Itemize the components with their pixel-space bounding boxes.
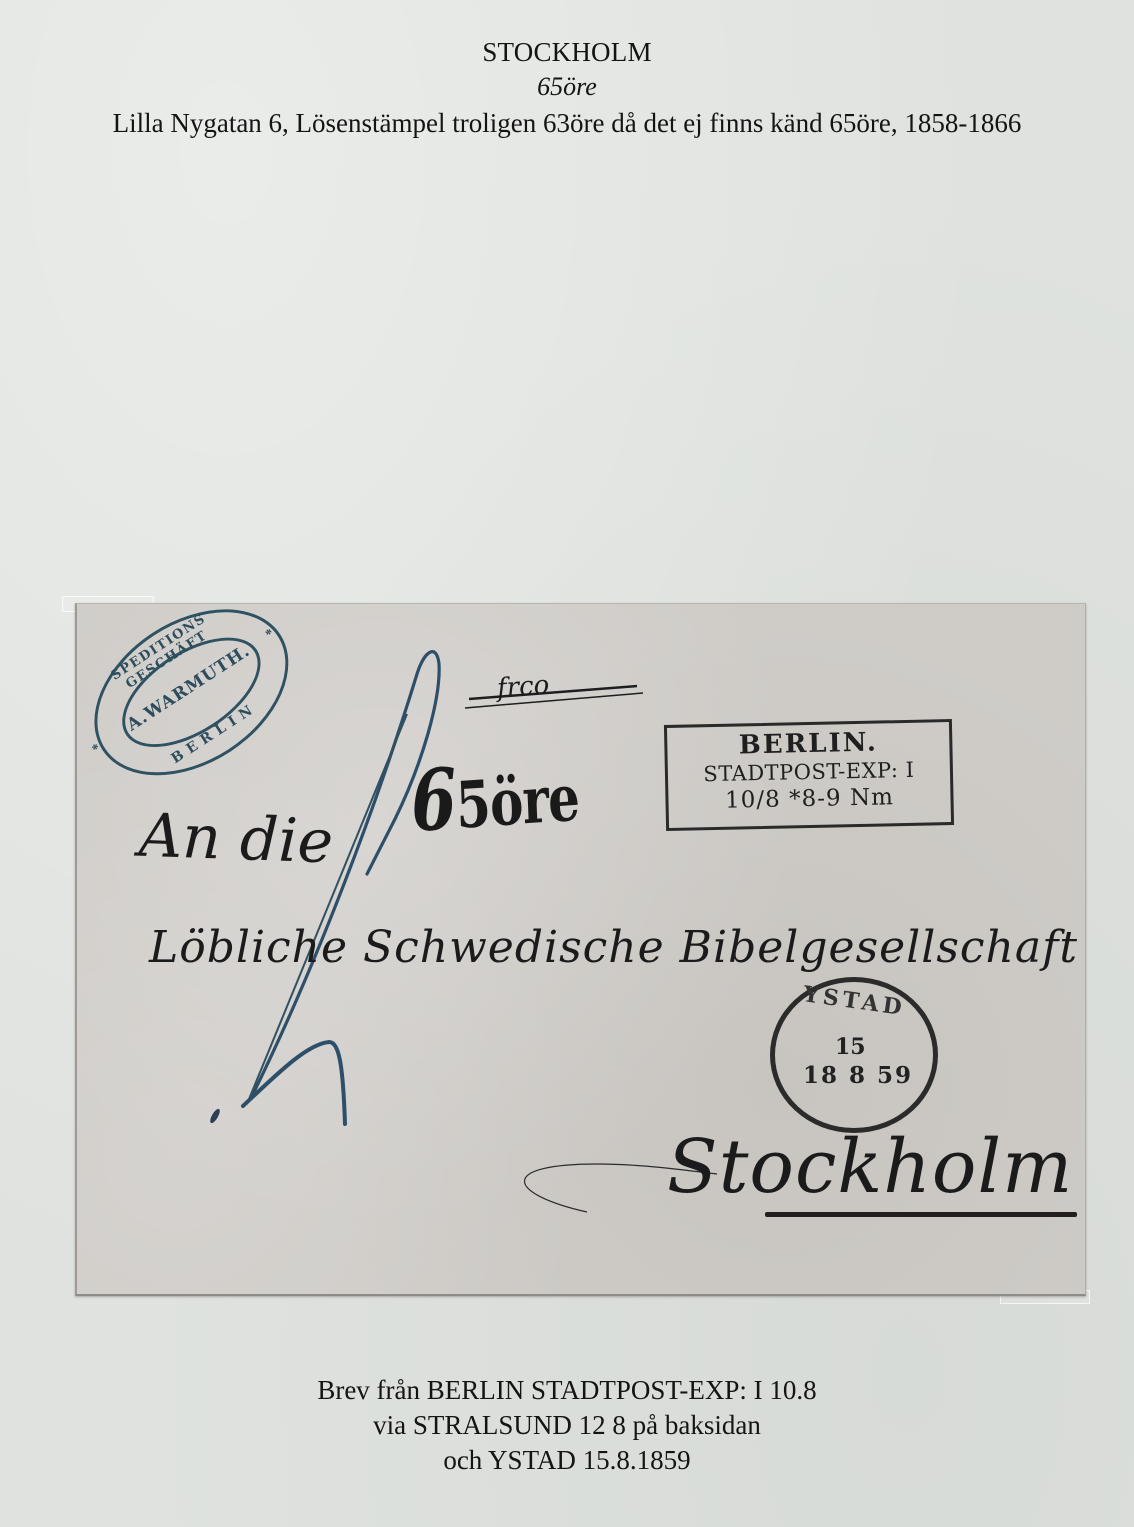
rate-rest: 5öre	[455, 761, 581, 844]
envelope-cover: SPEDITIONS GESCHÄFT A.WARMUTH. BERLIN * …	[75, 603, 1086, 1296]
postmark-town: YSTAD	[802, 981, 905, 1021]
rate-handstamp: 65öre	[409, 741, 581, 851]
page-title: STOCKHOLM	[0, 34, 1134, 70]
address-line-2: Löbliche Schwedische Bibelgesellschaft	[149, 922, 1078, 973]
postmark-day: 15	[835, 1034, 866, 1060]
caption-line-2: via STRALSUND 12 8 på baksidan	[0, 1408, 1134, 1443]
berlin-box-postmark: BERLIN. STADTPOST-EXP: I 10/8 *8-9 Nm	[664, 719, 954, 831]
cover-caption: Brev från BERLIN STADTPOST-EXP: I 10.8 v…	[0, 1373, 1134, 1478]
caption-line-1: Brev från BERLIN STADTPOST-EXP: I 10.8	[0, 1373, 1134, 1408]
postmark-date: 18 8 59	[803, 1062, 913, 1089]
page-description: Lilla Nygatan 6, Lösenstämpel troligen 6…	[0, 104, 1134, 142]
destination-city: Stockholm	[667, 1124, 1073, 1210]
postmark-line-3: 10/8 *8-9 Nm	[668, 782, 951, 816]
page-header: STOCKHOLM 65öre Lilla Nygatan 6, Lösenst…	[0, 34, 1134, 142]
rate-digit: 6	[409, 749, 458, 851]
destination-underline	[765, 1212, 1077, 1217]
rate-subtitle: 65öre	[0, 70, 1134, 104]
caption-line-3: och YSTAD 15.8.1859	[0, 1443, 1134, 1478]
address-line-1: An die	[138, 801, 334, 878]
franco-annotation: frco	[496, 670, 550, 704]
ystad-arrival-postmark: YSTAD 15 18 8 59	[770, 977, 938, 1133]
